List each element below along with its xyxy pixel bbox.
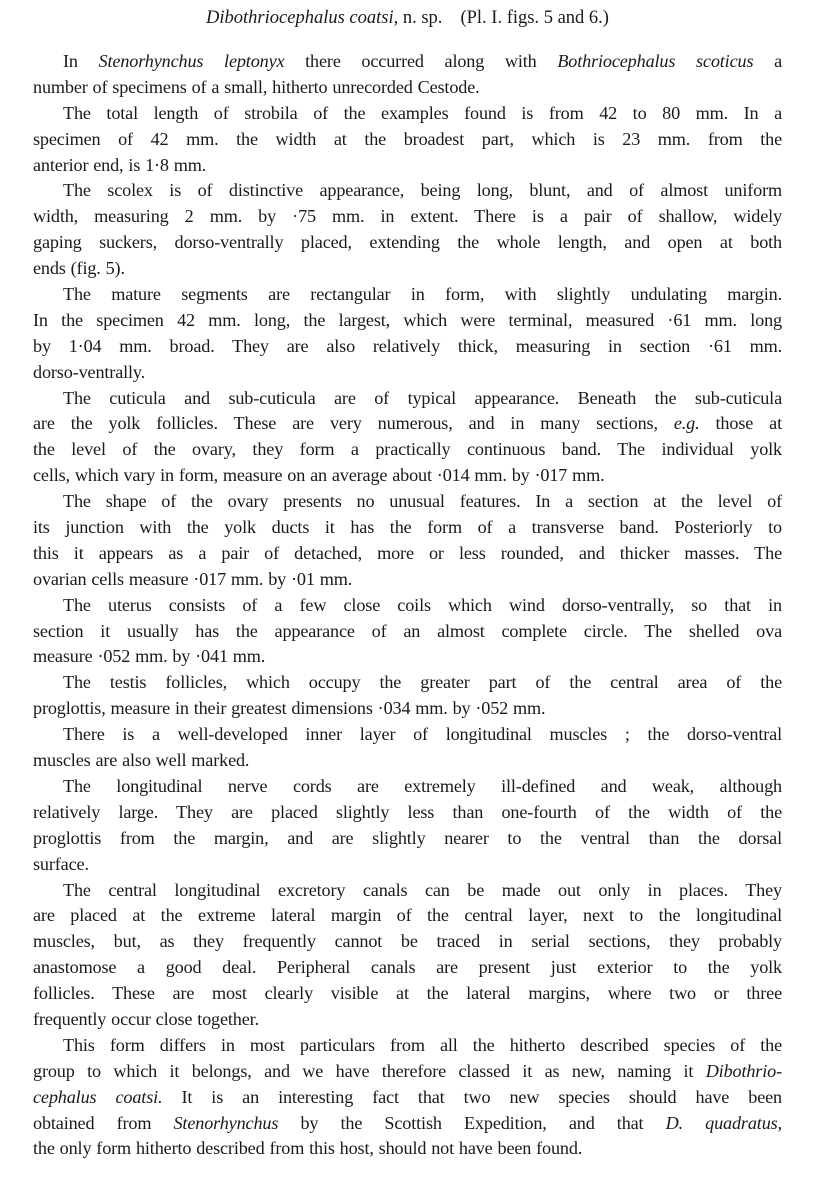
text-line: dorso-ventrally.	[33, 360, 782, 386]
text-line: this it appears as a pair of detached, m…	[33, 541, 782, 567]
text-line: anastomose a good deal. Peripheral canal…	[33, 955, 782, 981]
text-line: The uterus consists of a few close coils…	[33, 593, 782, 619]
text-line: The testis follicles, which occupy the g…	[33, 670, 782, 696]
text-line: In Stenorhynchus leptonyx there occurred…	[33, 49, 782, 75]
species-name: Dibothriocephalus coatsi	[206, 8, 394, 28]
text-line: the level of the ovary, they form a prac…	[33, 437, 782, 463]
text-line: are the yolk follicles. These are very n…	[33, 411, 782, 437]
italic-term: e.g.	[674, 413, 700, 433]
text-line: The cuticula and sub-cuticula are of typ…	[33, 386, 782, 412]
text-line: its junction with the yolk ducts it has …	[33, 515, 782, 541]
text-line: anterior end, is 1·8 mm.	[33, 153, 782, 179]
text-line: width, measuring 2 mm. by ·75 mm. in ext…	[33, 204, 782, 230]
text-line: the only form hitherto described from th…	[33, 1136, 782, 1162]
text-line: There is a well-developed inner layer of…	[33, 722, 782, 748]
italic-term: Stenorhynchus	[173, 1113, 278, 1133]
paragraph: The uterus consists of a few close coils…	[33, 593, 782, 671]
paragraph: The central longitudinal excretory canal…	[33, 878, 782, 1033]
text-line: relatively large. They are placed slight…	[33, 800, 782, 826]
paragraph: There is a well-developed inner layer of…	[33, 722, 782, 774]
text-line: The mature segments are rectangular in f…	[33, 282, 782, 308]
text-line: surface.	[33, 852, 782, 878]
section-title: Dibothriocephalus coatsi, n. sp.(Pl. I. …	[33, 7, 782, 29]
text-line: cells, which vary in form, measure on an…	[33, 463, 782, 489]
paragraph: The scolex is of distinctive appearance,…	[33, 178, 782, 282]
text-line: In the specimen 42 mm. long, the largest…	[33, 308, 782, 334]
paragraph: In Stenorhynchus leptonyx there occurred…	[33, 49, 782, 101]
text-line: frequently occur close together.	[33, 1007, 782, 1033]
article-body: In Stenorhynchus leptonyx there occurred…	[33, 49, 782, 1162]
text-line: ends (fig. 5).	[33, 256, 782, 282]
paragraph: The shape of the ovary presents no unusu…	[33, 489, 782, 593]
paragraph: The cuticula and sub-cuticula are of typ…	[33, 386, 782, 490]
paragraph: The longitudinal nerve cords are extreme…	[33, 774, 782, 878]
text-line: muscles, but, as they frequently cannot …	[33, 929, 782, 955]
text-line: The central longitudinal excretory canal…	[33, 878, 782, 904]
italic-term: Dibothrio-	[706, 1061, 782, 1081]
text-line: muscles are also well marked.	[33, 748, 782, 774]
text-line: section it usually has the appearance of…	[33, 619, 782, 645]
text-line: The shape of the ovary presents no unusu…	[33, 489, 782, 515]
text-line: obtained from Stenorhynchus by the Scott…	[33, 1111, 782, 1137]
text-line: proglottis, measure in their greatest di…	[33, 696, 782, 722]
text-line: by 1·04 mm. broad. They are also relativ…	[33, 334, 782, 360]
paragraph: This form differs in most particulars fr…	[33, 1033, 782, 1162]
italic-term: Bothriocephalus scoticus	[557, 51, 753, 71]
text-line: This form differs in most particulars fr…	[33, 1033, 782, 1059]
text-line: are placed at the extreme lateral margin…	[33, 903, 782, 929]
text-line: The longitudinal nerve cords are extreme…	[33, 774, 782, 800]
text-line: cephalus coatsi. It is an interesting fa…	[33, 1085, 782, 1111]
italic-term: D. quadratus	[666, 1113, 778, 1133]
text-line: group to which it belongs, and we have t…	[33, 1059, 782, 1085]
text-line: measure ·052 mm. by ·041 mm.	[33, 644, 782, 670]
paragraph: The testis follicles, which occupy the g…	[33, 670, 782, 722]
text-line: The scolex is of distinctive appearance,…	[33, 178, 782, 204]
new-species-marker: , n. sp.	[394, 8, 443, 28]
text-line: ovarian cells measure ·017 mm. by ·01 mm…	[33, 567, 782, 593]
paragraph: The total length of strobila of the exam…	[33, 101, 782, 179]
text-line: The total length of strobila of the exam…	[33, 101, 782, 127]
text-line: specimen of 42 mm. the width at the broa…	[33, 127, 782, 153]
text-line: follicles. These are most clearly visibl…	[33, 981, 782, 1007]
paragraph: The mature segments are rectangular in f…	[33, 282, 782, 386]
text-line: gaping suckers, dorso-ventrally placed, …	[33, 230, 782, 256]
text-line: proglottis from the margin, and are slig…	[33, 826, 782, 852]
italic-term: Stenorhynchus leptonyx	[99, 51, 285, 71]
text-line: number of specimens of a small, hitherto…	[33, 75, 782, 101]
italic-term: cephalus coatsi.	[33, 1087, 162, 1107]
plate-reference: (Pl. I. figs. 5 and 6.)	[460, 8, 609, 28]
